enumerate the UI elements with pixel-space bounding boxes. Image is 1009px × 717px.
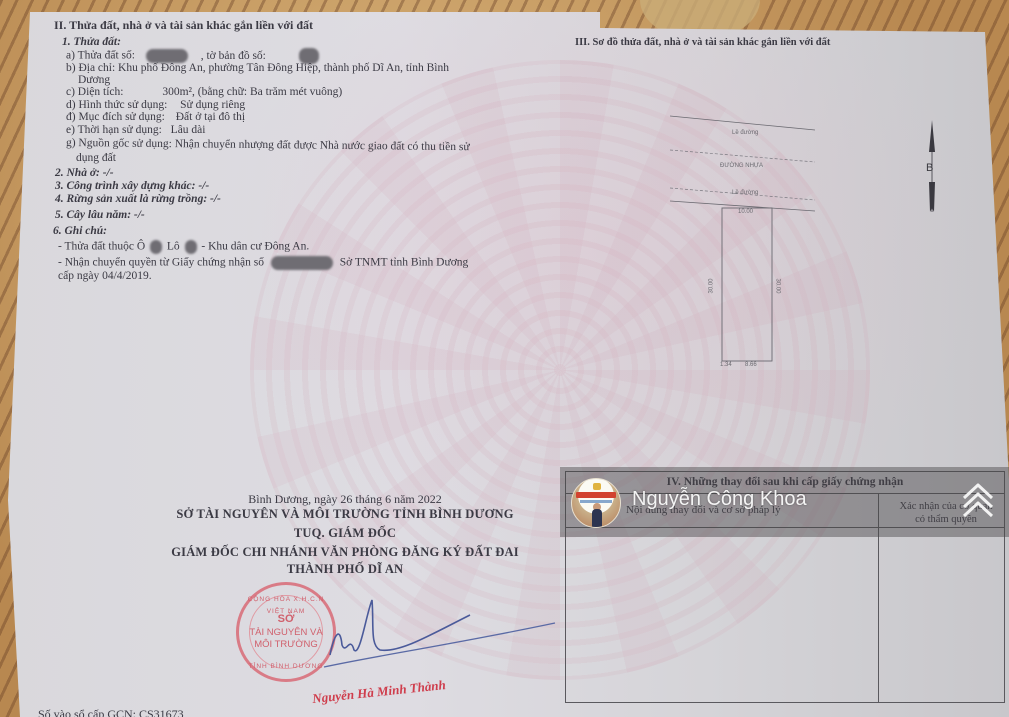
stacked-chevrons-logo-icon[interactable] [960,482,996,522]
usage-origin-line-2: dụng đất [76,152,116,165]
redacted-lot-number [185,240,197,254]
signing-date: Bình Dương, ngày 26 tháng 6 năm 2022 [160,492,530,507]
road-edge-bottom-label: Lề đường [732,190,758,196]
usage-purpose-label: đ) Mục đích sử dụng: [66,111,165,123]
map-sheet-label: , tờ bản đồ số: [201,50,266,62]
item5-perennial-trees: 5. Cây lâu năm: -/- [55,209,145,222]
channel-avatar-icon[interactable] [571,478,621,528]
item6-notes-title: 6. Ghi chú: [53,225,107,238]
parcel-number-label: a) Thửa đất số: [66,50,135,62]
certificate-page: II. Thửa đất, nhà ở và tài sản khác gắn … [0,0,1009,717]
note-2-issue-date: cấp ngày 04/4/2019. [58,270,152,283]
channel-name[interactable]: Nguyễn Công Khoa [632,488,807,511]
usage-term-value: Lâu dài [171,124,206,136]
usage-form-value: Sử dụng riêng [180,99,245,111]
item4-planted-forest: 4. Rừng sản xuất là rừng trồng: -/- [55,193,221,206]
plot-left-length: 30.00 [709,278,715,293]
note-2-part-a: - Nhận chuyển quyền từ Giấy chứng nhận s… [58,257,264,269]
address-line-1: b) Địa chỉ: Khu phố Đông An, phường Tân … [66,62,449,75]
avatar-brand-band [576,492,616,498]
note-1-part-b: Lô [167,241,180,253]
note-1-part-a: - Thửa đất thuộc Ô [58,241,145,253]
plot-top-width: 10.00 [738,209,753,215]
section-iii-title: III. Sơ đồ thửa đất, nhà ở và tài sản kh… [575,36,830,49]
note-1-part-c: - Khu dân cư Đông An. [201,241,309,253]
usage-term-label: e) Thời hạn sử dụng: [66,124,162,136]
signer-title-line-2: THÀNH PHỐ DĨ AN [160,562,530,577]
issuing-department: SỞ TÀI NGUYÊN VÀ MÔI TRƯỜNG TỈNH BÌNH DƯ… [160,507,530,522]
avatar-crown-logo [593,483,601,490]
note-2-part-b: Sở TNMT tỉnh Bình Dương [340,257,469,269]
road-edge-top-label: Lề đường [732,130,758,136]
item3-other-construction: 3. Công trình xây dựng khác: -/- [55,180,209,193]
usage-form-label: d) Hình thức sử dụng: [66,99,167,111]
registry-number: Số vào sổ cấp GCN: CS31673 [38,708,184,717]
seal-arc-bottom: TỈNH BÌNH DƯƠNG [239,661,333,673]
authorized-by: TUQ. GIÁM ĐỐC [160,526,530,541]
seal-line-3: MÔI TRƯỜNG [239,639,333,651]
usage-term-row: e) Thời hạn sử dụng: Lâu dài [66,124,205,137]
seal-line-1: SỞ [239,613,333,625]
usage-purpose-value: Đất ở tại đô thị [176,111,245,123]
redacted-block-number [150,240,162,254]
road-name-label: ĐƯỜNG NHỰA [720,163,763,169]
section-ii-title: II. Thửa đất, nhà ở và tài sản khác gắn … [54,19,313,32]
handwritten-signature [320,595,560,675]
plot-right-length: 30.00 [775,278,781,293]
area-row: c) Diện tích: 300m², (bằng chữ: Ba trăm … [66,86,342,99]
signer-name: Nguyễn Hà Minh Thành [312,677,447,707]
plot-bottom-segment-2: 8.66 [745,362,757,368]
plot-bottom-segment-1: 1.34 [720,362,732,368]
land-plot-diagram [660,110,830,380]
note-1: - Thửa đất thuộc Ô Lô - Khu dân cư Đông … [58,240,309,254]
north-label: B [926,162,933,174]
signer-title-line-1: GIÁM ĐỐC CHI NHÁNH VĂN PHÒNG ĐĂNG KÝ ĐẤT… [160,545,530,560]
seal-line-2: TÀI NGUYÊN VÀ [239,627,333,639]
redacted-certificate-number [271,256,333,270]
usage-purpose-row: đ) Mục đích sử dụng: Đất ở tại đô thị [66,111,245,124]
item2-house: 2. Nhà ở: -/- [55,167,114,180]
note-2: - Nhận chuyển quyền từ Giấy chứng nhận s… [58,256,468,270]
area-label: c) Diện tích: [66,86,123,98]
avatar-person-body [592,509,602,528]
redacted-parcel-number [146,49,188,63]
area-value: 300m², (bằng chữ: Ba trăm mét vuông) [162,86,342,98]
